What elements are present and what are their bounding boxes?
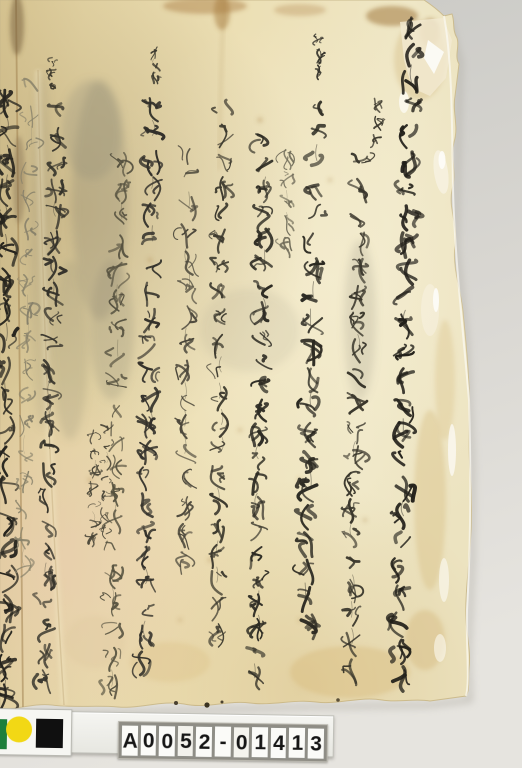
photo-stage: A0052-01413: [0, 0, 522, 768]
catalog-tile: -: [214, 725, 232, 757]
color-calibration-card: [0, 708, 72, 756]
catalog-tile: 3: [307, 727, 325, 759]
catalog-tile: 4: [269, 727, 287, 759]
catalog-tile: 0: [232, 726, 250, 758]
yellow-circle-patch: [6, 716, 32, 742]
manuscript-paper: [0, 0, 480, 768]
catalog-strip: A0052-01413: [0, 708, 332, 759]
catalog-tile: 5: [176, 725, 194, 757]
catalog-tile: 0: [139, 724, 157, 756]
catalog-tile: A: [121, 725, 139, 757]
catalog-tile: 1: [288, 727, 306, 759]
catalog-tile: 1: [251, 726, 269, 758]
manuscript-photo: [0, 0, 522, 768]
catalog-tile: 2: [195, 726, 213, 758]
catalog-number: A0052-01413: [118, 721, 328, 762]
black-square-patch: [36, 719, 63, 748]
catalog-tile: 0: [158, 725, 176, 757]
